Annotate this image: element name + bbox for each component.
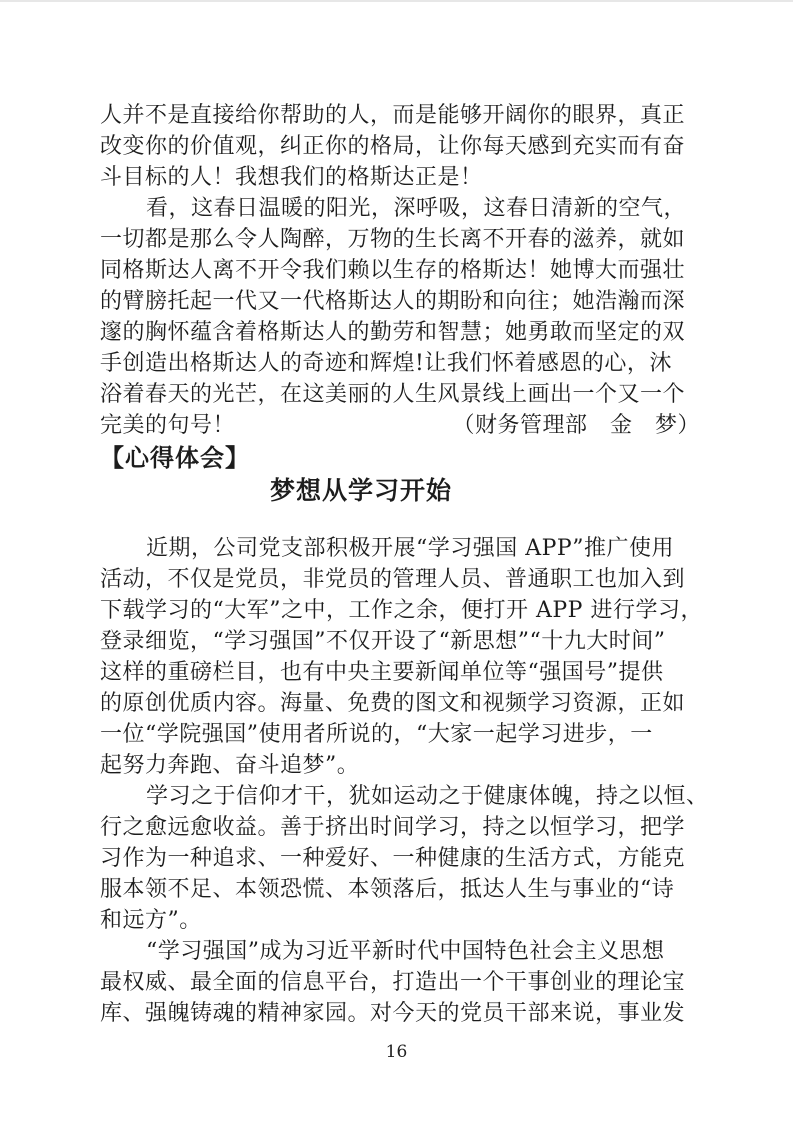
- text-line: 人并不是直接给你帮助的人，而是能够开阔你的眼界，真正: [100, 100, 700, 131]
- text-line: 一位“学院强国”使用者所说的，“大家一起学习进步，一: [100, 719, 700, 750]
- text-line: 的臂膀托起一代又一代格斯达人的期盼和向往；她浩瀚而深: [100, 286, 700, 317]
- text-line: 服本领不足、本领恐慌、本领落后，抵达人生与事业的“诗: [100, 874, 700, 905]
- text-line: 登录细览，“学习强国”不仅开设了“新思想”“十九大时间”: [100, 626, 700, 657]
- attribution-text: （财务管理部 金 梦）: [452, 410, 700, 441]
- prev-article-paragraph-2: 看，这春日温暖的阳光，深呼吸，这春日清新的空气， 一切都是那么令人陶醉，万物的生…: [100, 193, 700, 441]
- closing-attribution-line: 完美的句号！ （财务管理部 金 梦）: [100, 410, 700, 441]
- page-content: 人并不是直接给你帮助的人，而是能够开阔你的眼界，真正 改变你的价值观，纠正你的格…: [100, 100, 700, 1029]
- text-line: 近期，公司党支部积极开展“学习强国 APP”推广使用: [100, 533, 700, 564]
- text-line: “学习强国”成为习近平新时代中国特色社会主义思想: [100, 936, 700, 967]
- article-paragraph-1: 近期，公司党支部积极开展“学习强国 APP”推广使用 活动，不仅是党员，非党员的…: [100, 533, 700, 781]
- section-heading: 【心得体会】: [100, 441, 700, 474]
- document-page: 人并不是直接给你帮助的人，而是能够开阔你的眼界，真正 改变你的价值观，纠正你的格…: [0, 0, 793, 1122]
- text-line: 斗目标的人！我想我们的格斯达正是！: [100, 162, 700, 193]
- text-line: 邃的胸怀蕴含着格斯达人的勤劳和智慧；她勇敢而坚定的双: [100, 317, 700, 348]
- text-line: 浴着春天的光芒，在这美丽的人生风景线上画出一个又一个: [100, 379, 700, 410]
- page-number: 16: [0, 1040, 793, 1064]
- article-paragraph-2: 学习之于信仰才干，犹如运动之于健康体魄，持之以恒、 行之愈远愈收益。善于挤出时间…: [100, 781, 700, 936]
- prev-article-paragraph-1: 人并不是直接给你帮助的人，而是能够开阔你的眼界，真正 改变你的价值观，纠正你的格…: [100, 100, 700, 193]
- text-line: 下载学习的“大军”之中，工作之余，便打开 APP 进行学习，: [100, 595, 700, 626]
- text-line: 同格斯达人离不开令我们赖以生存的格斯达！她博大而强壮: [100, 255, 700, 286]
- text-line: 的原创优质内容。海量、免费的图文和视频学习资源，正如: [100, 688, 700, 719]
- closing-text: 完美的句号！: [100, 410, 235, 441]
- text-line: 这样的重磅栏目，也有中央主要新闻单位等“强国号”提供: [100, 657, 700, 688]
- text-line: 行之愈远愈收益。善于挤出时间学习，持之以恒学习，把学: [100, 812, 700, 843]
- text-line: 活动，不仅是党员，非党员的管理人员、普通职工也加入到: [100, 564, 700, 595]
- text-line: 起努力奔跑、奋斗追梦”。: [100, 750, 700, 781]
- text-line: 手创造出格斯达人的奇迹和辉煌!让我们怀着感恩的心，沐: [100, 348, 700, 379]
- text-line: 学习之于信仰才干，犹如运动之于健康体魄，持之以恒、: [100, 781, 700, 812]
- text-line: 库、强魄铸魂的精神家园。对今天的党员干部来说，事业发: [100, 998, 700, 1029]
- text-line: 习作为一种追求、一种爱好、一种健康的生活方式，方能克: [100, 843, 700, 874]
- text-line: 一切都是那么令人陶醉，万物的生长离不开春的滋养，就如: [100, 224, 700, 255]
- text-line: 改变你的价值观，纠正你的格局，让你每天感到充实而有奋: [100, 131, 700, 162]
- text-line: 和远方”。: [100, 905, 700, 936]
- article-paragraph-3: “学习强国”成为习近平新时代中国特色社会主义思想 最权威、最全面的信息平台，打造…: [100, 936, 700, 1029]
- text-line: 最权威、最全面的信息平台，打造出一个干事创业的理论宝: [100, 967, 700, 998]
- article-title: 梦想从学习开始: [100, 474, 700, 508]
- text-line: 看，这春日温暖的阳光，深呼吸，这春日清新的空气，: [100, 193, 700, 224]
